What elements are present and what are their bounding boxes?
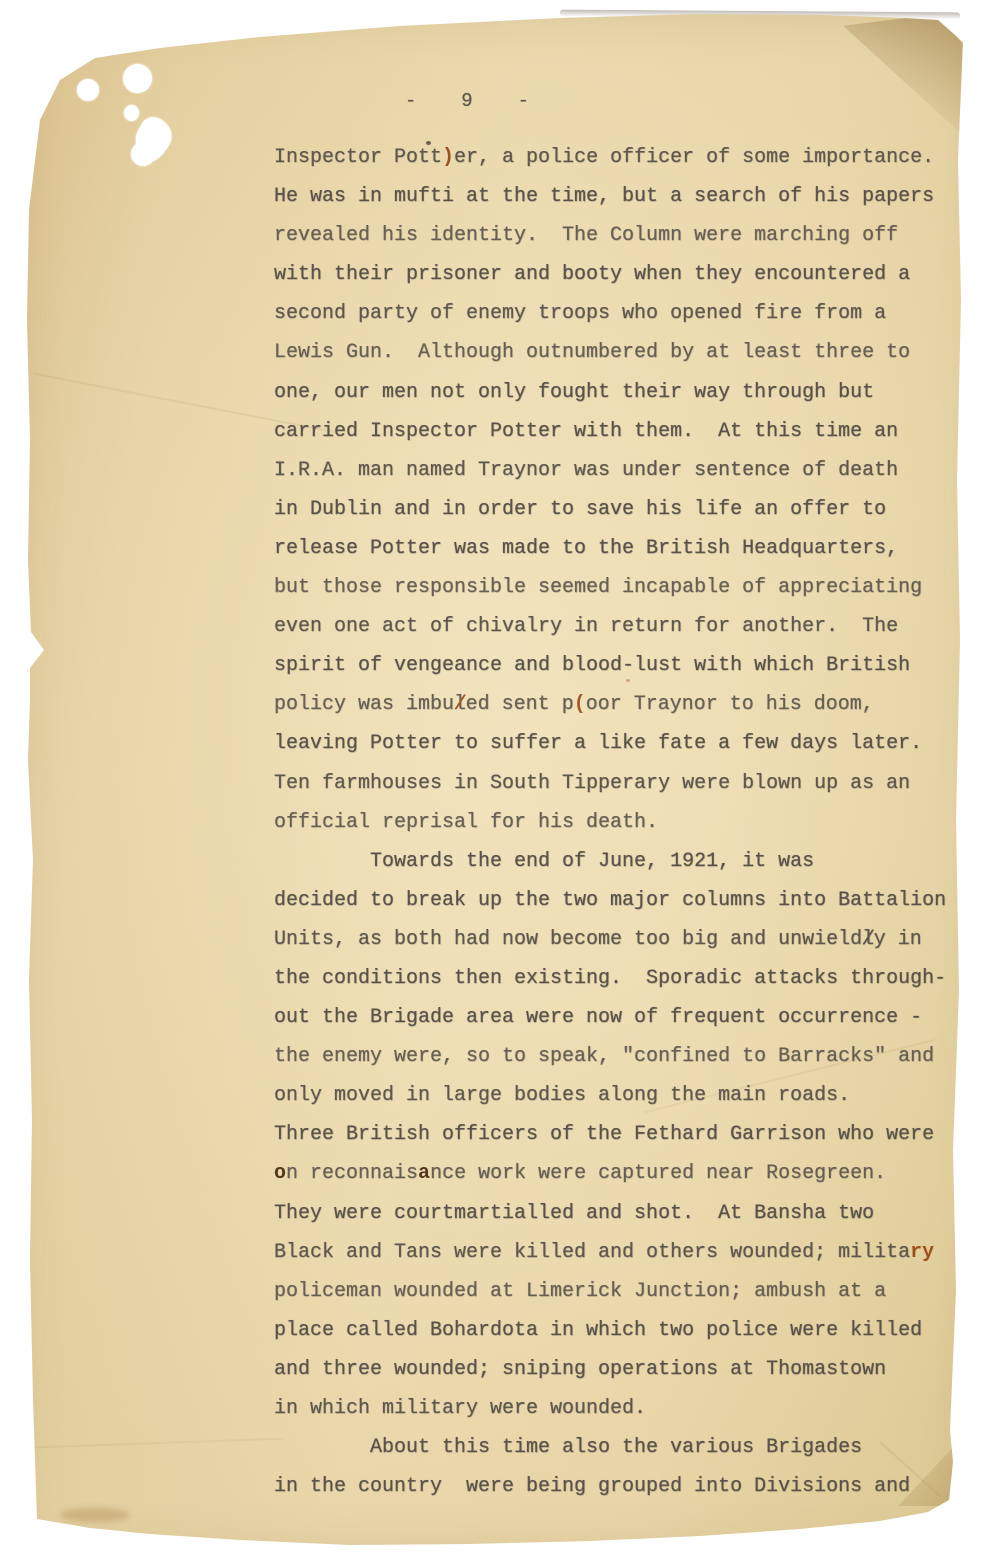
- typed-line: Towards the end of June, 1921, it was: [274, 842, 964, 881]
- handwritten-correction: ): [442, 146, 454, 169]
- typed-line: Black and Tans were killed and others wo…: [274, 1233, 964, 1272]
- typed-run: ed sent p: [466, 693, 574, 716]
- typed-run: Ten farmhouses in South Tipperary were b…: [274, 772, 910, 795]
- typed-run: Three British officers of the Fethard Ga…: [274, 1123, 934, 1146]
- page-number-header: - 9 -: [405, 90, 529, 112]
- typed-line: second party of enemy troops who opened …: [274, 294, 964, 333]
- typed-line: and three wounded; sniping operations at…: [274, 1350, 964, 1389]
- handwritten-correction: o: [274, 1162, 286, 1185]
- typed-line: out the Brigade area were now of frequen…: [274, 998, 964, 1037]
- typed-line: spirit of vengeance and blood-lust with …: [274, 646, 964, 685]
- handwritten-correction: /: [452, 685, 468, 724]
- typed-run: /: [860, 920, 876, 959]
- typed-line: About this time also the various Brigade…: [274, 1428, 964, 1467]
- punch-hole: [123, 64, 152, 93]
- typed-run: y in: [874, 928, 922, 951]
- page-number-dash-left: -: [405, 90, 416, 112]
- typed-run: They were courtmartialled and shot. At B…: [274, 1202, 874, 1225]
- typed-run: the enemy were, so to speak, "confined t…: [274, 1045, 934, 1068]
- typed-run: Inspector Pott: [274, 146, 442, 169]
- typed-line: revealed his identity. The Column were m…: [274, 216, 964, 255]
- typed-line: decided to break up the two major column…: [274, 881, 964, 920]
- paper-sheet: - 9 - Inspector Pott)er, a police office…: [0, 0, 1000, 1566]
- typed-line: carried Inspector Potter with them. At t…: [274, 412, 964, 451]
- typed-run: About this time also the various Brigade…: [274, 1436, 862, 1459]
- typed-line: even one act of chivalry in return for a…: [274, 607, 964, 646]
- typed-run: in Dublin and in order to save his life …: [274, 498, 886, 521]
- handwritten-correction: (: [574, 693, 586, 716]
- typed-run: spirit of vengeance and blood-lust with …: [274, 654, 910, 677]
- handwritten-correction: a: [418, 1162, 430, 1185]
- typed-run: one, our men not only fought their way t…: [274, 381, 874, 404]
- typed-line: the conditions then existing. Sporadic a…: [274, 959, 964, 998]
- typed-line: Inspector Pott)er, a police officer of s…: [274, 138, 964, 177]
- typed-line: policeman wounded at Limerick Junction; …: [274, 1272, 964, 1311]
- paper-stain: [60, 1508, 130, 1522]
- typed-run: revealed his identity. The Column were m…: [274, 224, 898, 247]
- typed-line: with their prisoner and booty when they …: [274, 255, 964, 294]
- typed-run: policy was imbu: [274, 693, 454, 716]
- typed-run: n reconnais: [286, 1162, 418, 1185]
- typed-line: Ten farmhouses in South Tipperary were b…: [274, 764, 964, 803]
- typed-run: Lewis Gun. Although outnumbered by at le…: [274, 341, 910, 364]
- typed-run: Black and Tans were killed and others wo…: [274, 1241, 910, 1264]
- typed-line: in the country were being grouped into D…: [274, 1467, 964, 1506]
- typed-run: Units, as both had now become too big an…: [274, 928, 874, 951]
- typed-run: Towards the end of June, 1921, it was: [274, 850, 814, 873]
- typed-run: oor Traynor to his doom,: [586, 693, 874, 716]
- typed-line: I.R.A. man named Traynor was under sente…: [274, 451, 964, 490]
- typed-line: policy was imbul/ed sent p(oor Traynor t…: [274, 685, 964, 724]
- typed-line: but those responsible seemed incapable o…: [274, 568, 964, 607]
- typed-line: He was in mufti at the time, but a searc…: [274, 177, 964, 216]
- typed-run: the conditions then existing. Sporadic a…: [274, 967, 946, 990]
- typed-line: They were courtmartialled and shot. At B…: [274, 1194, 964, 1233]
- typed-run: in which military were wounded.: [274, 1397, 646, 1420]
- punch-hole: [77, 79, 99, 101]
- page-number: 9: [461, 90, 472, 112]
- typed-run: decided to break up the two major column…: [274, 889, 946, 912]
- scanned-document-screen: - 9 - Inspector Pott)er, a police office…: [0, 0, 1000, 1566]
- typed-line: official reprisal for his death.: [274, 803, 964, 842]
- typed-line: in Dublin and in order to save his life …: [274, 490, 964, 529]
- typed-line: Three British officers of the Fethard Ga…: [274, 1115, 964, 1154]
- typed-line: Units, as both had now become too big an…: [274, 920, 964, 959]
- typed-run: release Potter was made to the British H…: [274, 537, 898, 560]
- typed-line: only moved in large bodies along the mai…: [274, 1076, 964, 1115]
- punch-hole: [124, 105, 139, 121]
- handwritten-correction: ry: [910, 1241, 934, 1264]
- typed-run: place called Bohardota in which two poli…: [274, 1319, 922, 1342]
- typed-run: only moved in large bodies along the mai…: [274, 1084, 850, 1107]
- typed-run: and three wounded; sniping operations at…: [274, 1358, 886, 1381]
- typed-run: out the Brigade area were now of frequen…: [274, 1006, 922, 1029]
- typed-run: carried Inspector Potter with them. At t…: [274, 420, 898, 443]
- typed-run: policeman wounded at Limerick Junction; …: [274, 1280, 886, 1303]
- page-number-dash-right: -: [518, 90, 529, 112]
- typed-line: on reconnaisance work were captured near…: [274, 1154, 964, 1193]
- typed-run: er, a police officer of some importance.: [454, 146, 934, 169]
- typed-run: He was in mufti at the time, but a searc…: [274, 185, 934, 208]
- typed-run: with their prisoner and booty when they …: [274, 263, 910, 286]
- typed-run: official reprisal for his death.: [274, 811, 658, 834]
- typed-line: the enemy were, so to speak, "confined t…: [274, 1037, 964, 1076]
- typed-line: Lewis Gun. Although outnumbered by at le…: [274, 333, 964, 372]
- typed-run: leaving Potter to suffer a like fate a f…: [274, 732, 922, 755]
- typed-run: even one act of chivalry in return for a…: [274, 615, 898, 638]
- typed-run: nce work were captured near Rosegreen.: [430, 1162, 886, 1185]
- typed-run: in the country were being grouped into D…: [274, 1475, 910, 1498]
- typed-line: in which military were wounded.: [274, 1389, 964, 1428]
- typed-run: but those responsible seemed incapable o…: [274, 576, 922, 599]
- typed-text: Inspector Pott)er, a police officer of s…: [274, 138, 964, 1506]
- typed-line: place called Bohardota in which two poli…: [274, 1311, 964, 1350]
- typed-run: I.R.A. man named Traynor was under sente…: [274, 459, 898, 482]
- typed-line: release Potter was made to the British H…: [274, 529, 964, 568]
- typed-line: leaving Potter to suffer a like fate a f…: [274, 724, 964, 763]
- typed-run: second party of enemy troops who opened …: [274, 302, 886, 325]
- typed-line: one, our men not only fought their way t…: [274, 373, 964, 412]
